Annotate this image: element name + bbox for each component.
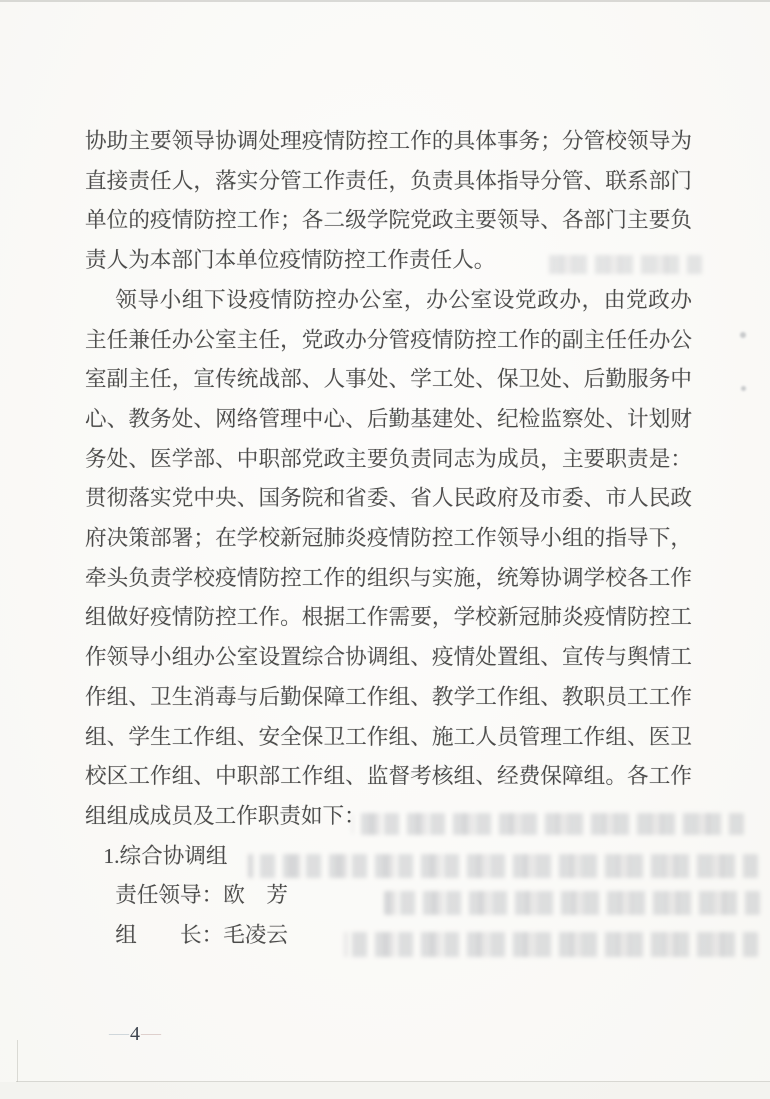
document-body: 协助主要领导协调处理疫情防控工作的具体事务；分管校领导为直接责任人，落实分管工作… <box>85 122 692 956</box>
ink-speck <box>740 332 746 338</box>
scan-edge-bottom-line <box>16 1081 770 1082</box>
page-number-value: 4 <box>129 1024 141 1044</box>
scan-edge-top <box>0 0 770 2</box>
responsible-leader-line: 责任领导：欧 芳 <box>85 876 692 916</box>
ink-speck <box>741 386 746 391</box>
paragraph-leading-group-office: 领导小组下设疫情防控办公室，办公室设党政办，由党政办主任兼任办公室主任，党政办分… <box>85 281 692 837</box>
page-number-dash-left: — <box>109 1029 129 1040</box>
paragraph-continuation: 协助主要领导协调处理疫情防控工作的具体事务；分管校领导为直接责任人，落实分管工作… <box>85 122 692 281</box>
scan-edge-bottom-strip <box>0 1082 770 1099</box>
scan-edge-left-line <box>17 1040 18 1082</box>
group-1-heading: 1.综合协调组 <box>85 837 692 877</box>
document-page: 协助主要领导协调处理疫情防控工作的具体事务；分管校领导为直接责任人，落实分管工作… <box>0 0 770 1099</box>
page-number-dash-right: — <box>141 1029 161 1040</box>
group-leader-line: 组 长：毛凌云 <box>85 916 692 956</box>
page-number: — 4 — <box>109 1024 161 1044</box>
